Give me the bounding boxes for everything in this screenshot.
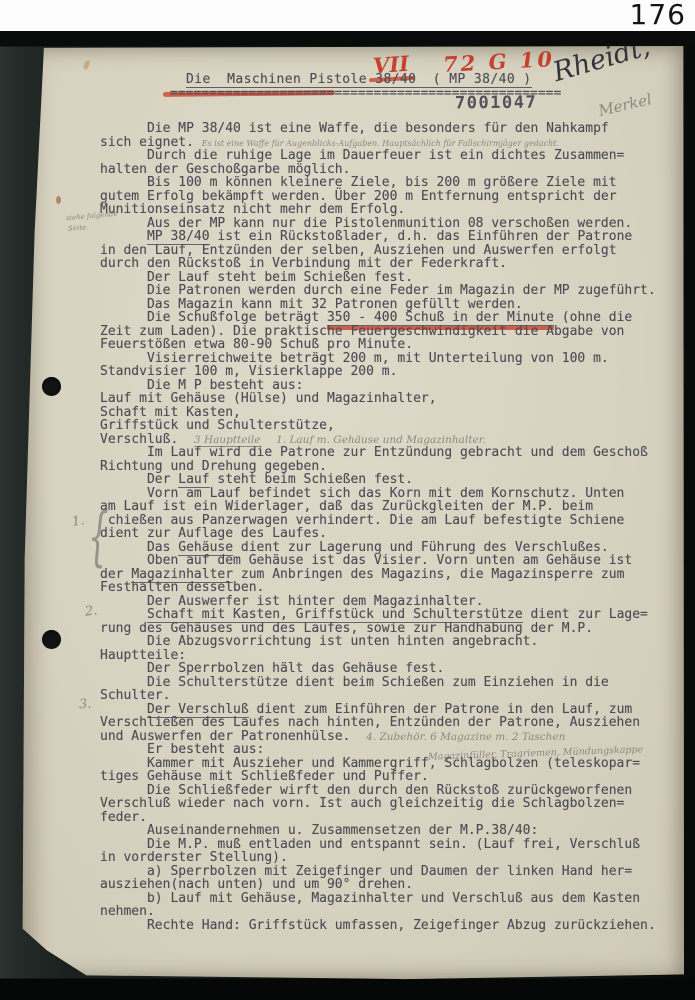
typed-line: halten der Geschoßgarbe möglich. — [100, 163, 678, 177]
punch-hole-top — [42, 377, 61, 396]
typed-line: Er besteht aus: — [100, 743, 678, 757]
typed-line: Der Sperrbolzen hält das Gehäuse fest. — [100, 662, 678, 676]
page-number: 176 — [630, 0, 686, 31]
typed-line: dient zur Auflage des Laufes. — [100, 527, 678, 541]
typed-line: durch den Rückstoß in Verbindung mit der… — [100, 257, 678, 271]
viewer-top-bar: 176 — [0, 0, 695, 31]
typed-line: Der Lauf steht beim Schießen fest. — [100, 271, 678, 285]
typed-line: Hauptteile: — [100, 649, 678, 663]
typed-line: Griffstück und Schulterstütze, — [100, 419, 678, 433]
document-title-line: Die Maschinen Pistole 38/40 ( MP 38/40 ) — [100, 73, 678, 87]
typed-line: sich eignet. Es ist eine Waffe für Augen… — [100, 136, 678, 150]
typed-line: Festhalten desselben. — [100, 581, 678, 595]
typed-text: Verschluß wieder nach vorn. Ist auch gle… — [100, 796, 624, 811]
typed-line: Das Gehäuse dient zur Lagerung und Führu… — [100, 541, 678, 555]
document-page: VII 72 G 10 7001047 Rheidt, Merkel siehe… — [20, 46, 684, 980]
typed-line: Schulter. — [100, 689, 678, 703]
typed-line: Feuerstößen etwa 80-90 Schuß pro Minute. — [100, 338, 678, 352]
typed-text: zum Anbringen des Magazins, die Magazins… — [233, 567, 624, 582]
handwritten-annotation: 1. Lauf m. Gehäuse und Magazinhalter. — [276, 434, 486, 446]
typed-line: Verschluß. 3 Hauptteile 1. Lauf m. Gehäu… — [100, 433, 678, 447]
typed-line: der Magazinhalter zum Anbringen des Maga… — [100, 568, 678, 582]
paper-stain — [82, 59, 90, 70]
typed-line: Der Lauf steht beim Schießen fest. — [100, 473, 678, 487]
typed-line: Die Patronen werden durch eine Feder im … — [100, 284, 678, 298]
typed-line: gutem Erfolg bekämpft werden. Über 200 m… — [100, 190, 678, 204]
typed-text: Rechte Hand: Griffstück umfassen, Zeigef… — [100, 918, 656, 933]
paper-stain — [56, 196, 61, 204]
typed-line: Durch die ruhige Lage im Dauerfeuer ist … — [100, 149, 678, 163]
typed-text: Die Schulterstütze dient beim Schießen z… — [100, 675, 609, 690]
typed-line: Schaft mit Kasten, Griffstück und Schult… — [100, 608, 678, 622]
title-underline-row: ========================================… — [100, 87, 678, 101]
margin-number-3: 3. — [78, 697, 91, 713]
typed-line: Richtung und Drehung gegeben. — [100, 460, 678, 474]
typed-line: Munitionseinsatz nicht mehr dem Erfolg. — [100, 203, 678, 217]
typed-line: Die MP 38/40 ist eine Waffe, die besonde… — [100, 122, 678, 136]
typed-line: a) Sperrbolzen mit Zeigefinger und Daume… — [100, 865, 678, 879]
typed-line: Aus der MP kann nur die Pistolenmunition… — [100, 217, 678, 231]
typed-line: Zeit zum Laden). Die praktische Feuerges… — [100, 325, 678, 339]
typed-line: Die M P besteht aus: — [100, 379, 678, 393]
typed-line: Auseinandernehmen u. Zusammensetzen der … — [100, 824, 678, 838]
typed-line: MP 38/40 ist ein Rückstoßlader, d.h. das… — [100, 230, 678, 244]
typed-line: Bis 100 m können kleinere Ziele, bis 200… — [100, 176, 678, 190]
typed-line: tiges Gehäuse mit Schließfeder und Puffe… — [100, 770, 678, 784]
typed-line: am Lauf ist ein Widerlager, daß das Zurü… — [100, 500, 678, 514]
typed-line: Visierreichweite beträgt 200 m, mit Unte… — [100, 352, 678, 366]
typed-line: Die M.P. muß entladen und entspannt sein… — [100, 838, 678, 852]
typed-line: Im Lauf wird die Patrone zur Entzündung … — [100, 446, 678, 460]
typed-line: Schaft mit Kasten, — [100, 406, 678, 420]
typed-line: Der Verschluß dient zum Einführen der Pa… — [100, 703, 678, 717]
typed-line: Die Schußfolge beträgt 350 - 400 Schuß i… — [100, 311, 678, 325]
typewriter-text: Die Maschinen Pistole 38/40 ( MP 38/40 )… — [100, 73, 678, 932]
margin-number-2: 2. — [84, 603, 98, 619]
handwritten-annotation: 4. Zubehör. 6 Magazine m. 2 Taschen — [366, 731, 565, 743]
typed-line: in vorderster Stellung). — [100, 851, 678, 865]
typed-text: b) Lauf mit Gehäuse, Magazinhalter und V… — [100, 891, 640, 906]
typed-line: b) Lauf mit Gehäuse, Magazinhalter und V… — [100, 892, 678, 906]
typed-line: chießen aus Panzerwagen verhindert. Die … — [100, 514, 678, 528]
typed-line: feder. — [100, 811, 678, 825]
handwritten-annotation: Es ist eine Waffe für Augenblicks-Aufgab… — [202, 139, 559, 148]
punch-hole-bottom — [42, 630, 61, 649]
typed-line: ausziehen(nach unten) und um 90° drehen. — [100, 878, 678, 892]
typed-line: Die Schulterstütze dient beim Schießen z… — [100, 676, 678, 690]
typed-line: Verschluß wieder nach vorn. Ist auch gle… — [100, 797, 678, 811]
typed-line: nehmen. — [100, 905, 678, 919]
typed-line: Das Magazin kann mit 32 Patronen gefüllt… — [100, 298, 678, 312]
typed-line: Die Schließfeder wirft den durch den Rüc… — [100, 784, 678, 798]
typed-line: und Auswerfen der Patronenhülse. 4. Zube… — [100, 730, 678, 744]
typed-line: Rechte Hand: Griffstück umfassen, Zeigef… — [100, 919, 678, 933]
typed-line: Lauf mit Gehäuse (Hülse) und Magazinhalt… — [100, 392, 678, 406]
typed-line: Vorn am Lauf befindet sich das Korn mit … — [100, 487, 678, 501]
typed-line: rung des Gehäuses und des Laufes, sowie … — [100, 622, 678, 636]
scanned-document-viewer: 176 VII 72 G 10 7001047 Rheidt, Merkel s… — [0, 0, 695, 1000]
typed-line: Verschließen des Laufes nach hinten, Ent… — [100, 716, 678, 730]
typed-line: Oben auf dem Gehäuse ist das Visier. Vor… — [100, 554, 678, 568]
typed-line: Standvisier 100 m, Visierklappe 200 m. — [100, 365, 678, 379]
typed-line: Die Abzugsvorrichtung ist unten hinten a… — [100, 635, 678, 649]
margin-number-1: 1. — [71, 513, 85, 530]
typed-line: in den Lauf, Entzünden der selben, Auszi… — [100, 244, 678, 258]
margin-note-see-next-line2: Seite. — [68, 223, 89, 232]
typed-line: Kammer mit Auszieher und Kammergriff, Sc… — [100, 757, 678, 771]
typed-line: Der Auswerfer ist hinter dem Magazinhalt… — [100, 595, 678, 609]
